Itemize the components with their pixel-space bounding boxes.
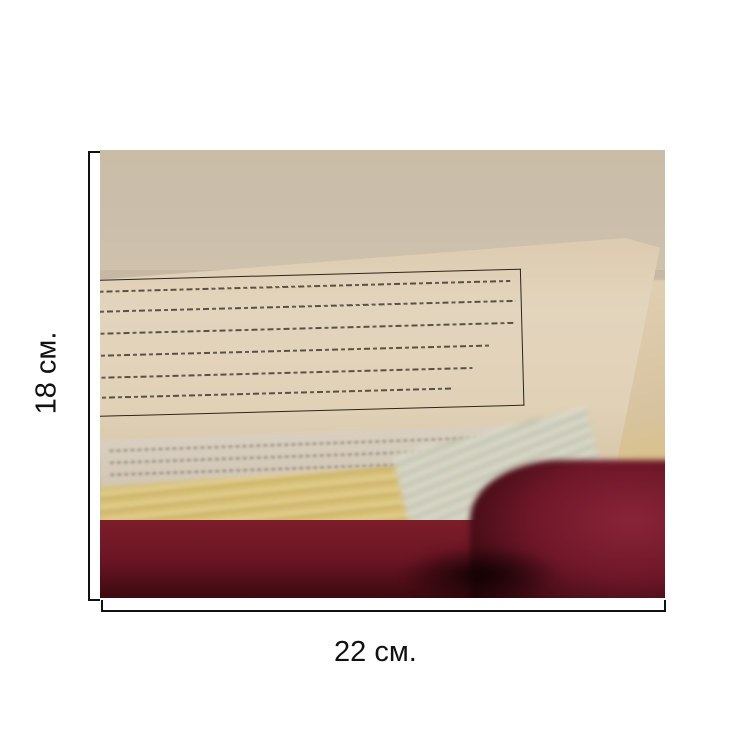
cloth-shadow xyxy=(400,545,560,598)
width-label: 22 см. xyxy=(334,638,417,667)
height-dimension-bracket xyxy=(88,151,100,601)
script-line xyxy=(100,322,513,335)
script-line xyxy=(100,388,453,399)
script-text-frame xyxy=(100,269,524,417)
script-line xyxy=(100,367,472,379)
script-line xyxy=(100,345,492,357)
height-label: 18 см. xyxy=(33,332,62,415)
product-photo xyxy=(100,150,665,598)
script-line xyxy=(100,300,516,313)
script-line xyxy=(100,280,510,293)
width-dimension-bracket xyxy=(101,600,666,612)
